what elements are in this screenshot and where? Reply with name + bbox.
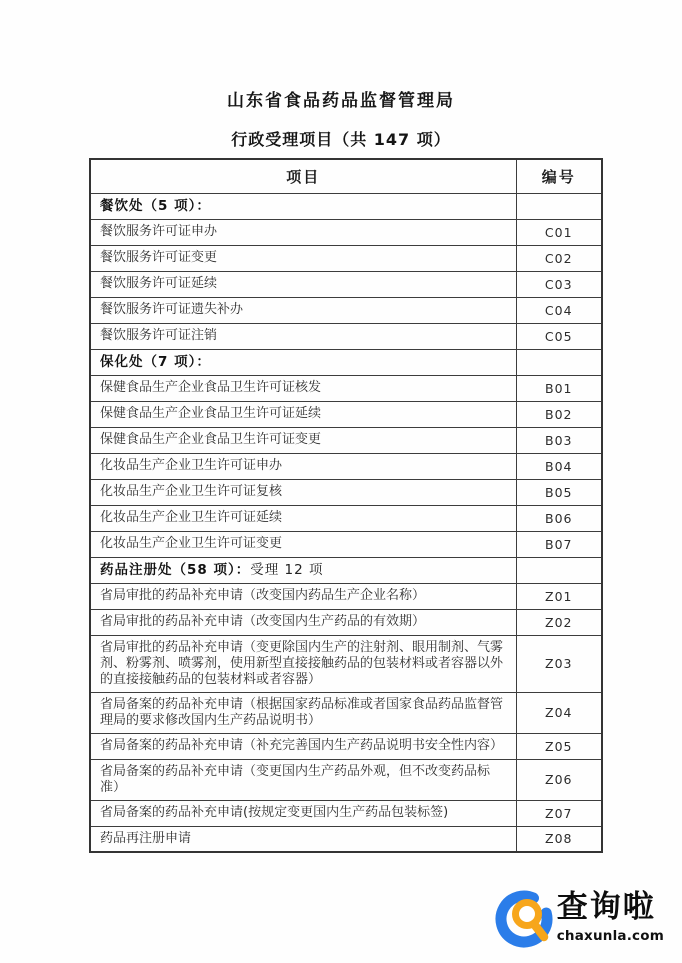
table-row: 餐饮处（5 项）： <box>90 193 602 219</box>
row-code: Z04 <box>516 692 602 733</box>
row-label: 餐饮服务许可证变更 <box>90 245 516 271</box>
row-code: C01 <box>516 219 602 245</box>
row-code: Z05 <box>516 733 602 759</box>
row-code: B04 <box>516 453 602 479</box>
row-code: Z02 <box>516 609 602 635</box>
row-label: 餐饮服务许可证延续 <box>90 271 516 297</box>
row-label: 保健食品生产企业食品卫生许可证变更 <box>90 427 516 453</box>
row-label: 省局审批的药品补充申请（改变国内生产药品的有效期） <box>90 609 516 635</box>
brand-name: 查询啦 <box>557 887 664 927</box>
section-label: 保化处（7 项）： <box>90 349 516 375</box>
row-code <box>516 557 602 583</box>
row-code: B06 <box>516 505 602 531</box>
row-label: 省局审批的药品补充申请（变更除国内生产的注射剂、眼用制剂、气雾剂、粉雾剂、喷雾剂… <box>90 635 516 692</box>
watermark-text: 查询啦 chaxunla.com <box>557 887 664 944</box>
row-label: 药品再注册申请 <box>90 826 516 852</box>
section-suffix: 受理 12 项 <box>250 562 323 578</box>
row-code <box>516 349 602 375</box>
section-label: 餐饮处（5 项）： <box>90 193 516 219</box>
table-row: 化妆品生产企业卫生许可证复核B05 <box>90 479 602 505</box>
row-label: 餐饮服务许可证申办 <box>90 219 516 245</box>
table-row: 省局备案的药品补充申请（补充完善国内生产药品说明书安全性内容）Z05 <box>90 733 602 759</box>
row-label: 餐饮服务许可证遗失补办 <box>90 297 516 323</box>
row-code <box>516 193 602 219</box>
table-row: 餐饮服务许可证注销C05 <box>90 323 602 349</box>
table-row: 省局备案的药品补充申请（根据国家药品标准或者国家食品药品监督管理局的要求修改国内… <box>90 692 602 733</box>
row-code: B01 <box>516 375 602 401</box>
row-code: B07 <box>516 531 602 557</box>
table-row: 餐饮服务许可证延续C03 <box>90 271 602 297</box>
row-code: C02 <box>516 245 602 271</box>
row-label: 省局备案的药品补充申请（根据国家药品标准或者国家食品药品监督管理局的要求修改国内… <box>90 692 516 733</box>
table-row: 保化处（7 项）： <box>90 349 602 375</box>
row-label: 餐饮服务许可证注销 <box>90 323 516 349</box>
row-label: 化妆品生产企业卫生许可证延续 <box>90 505 516 531</box>
table-row: 药品再注册申请Z08 <box>90 826 602 852</box>
row-code: B03 <box>516 427 602 453</box>
page-title: 山东省食品药品监督管理局 <box>0 86 682 111</box>
row-code: C03 <box>516 271 602 297</box>
table-row: 餐饮服务许可证申办C01 <box>90 219 602 245</box>
row-code: C05 <box>516 323 602 349</box>
table-row: 化妆品生产企业卫生许可证延续B06 <box>90 505 602 531</box>
table-row: 省局审批的药品补充申请（变更除国内生产的注射剂、眼用制剂、气雾剂、粉雾剂、喷雾剂… <box>90 635 602 692</box>
table-row: 化妆品生产企业卫生许可证变更B07 <box>90 531 602 557</box>
table-header-item: 项目 <box>90 159 516 193</box>
document-page: 山东省食品药品监督管理局 行政受理项目（共 147 项） 项目 编号 餐饮处（5… <box>0 0 682 963</box>
row-code: Z06 <box>516 759 602 800</box>
table-row: 药品注册处（58 项）：受理 12 项 <box>90 557 602 583</box>
magnifier-logo-icon <box>492 887 556 951</box>
row-label: 省局备案的药品补充申请（补充完善国内生产药品说明书安全性内容） <box>90 733 516 759</box>
table-row: 省局备案的药品补充申请（变更国内生产药品外观，但不改变药品标准）Z06 <box>90 759 602 800</box>
page-subtitle: 行政受理项目（共 147 项） <box>0 127 682 150</box>
row-label: 化妆品生产企业卫生许可证变更 <box>90 531 516 557</box>
row-label: 化妆品生产企业卫生许可证复核 <box>90 479 516 505</box>
row-label: 保健食品生产企业食品卫生许可证延续 <box>90 401 516 427</box>
row-code: Z01 <box>516 583 602 609</box>
row-code: Z07 <box>516 800 602 826</box>
table-header-code: 编号 <box>516 159 602 193</box>
table-row: 保健食品生产企业食品卫生许可证延续B02 <box>90 401 602 427</box>
row-label: 保健食品生产企业食品卫生许可证核发 <box>90 375 516 401</box>
table-row: 省局审批的药品补充申请（改变国内生产药品的有效期）Z02 <box>90 609 602 635</box>
table-row: 保健食品生产企业食品卫生许可证核发B01 <box>90 375 602 401</box>
table-row: 省局备案的药品补充申请(按规定变更国内生产药品包装标签)Z07 <box>90 800 602 826</box>
row-code: Z03 <box>516 635 602 692</box>
table-row: 餐饮服务许可证变更C02 <box>90 245 602 271</box>
row-code: Z08 <box>516 826 602 852</box>
items-table: 项目 编号 餐饮处（5 项）：餐饮服务许可证申办C01餐饮服务许可证变更C02餐… <box>89 158 603 853</box>
table-row: 化妆品生产企业卫生许可证申办B04 <box>90 453 602 479</box>
table-row: 省局审批的药品补充申请（改变国内药品生产企业名称）Z01 <box>90 583 602 609</box>
table-row: 餐饮服务许可证遗失补办C04 <box>90 297 602 323</box>
table-row: 保健食品生产企业食品卫生许可证变更B03 <box>90 427 602 453</box>
section-label: 药品注册处（58 项）：受理 12 项 <box>90 557 516 583</box>
brand-domain: chaxunla.com <box>557 928 664 944</box>
row-code: C04 <box>516 297 602 323</box>
row-code: B02 <box>516 401 602 427</box>
row-label: 省局备案的药品补充申请(按规定变更国内生产药品包装标签) <box>90 800 516 826</box>
row-label: 省局备案的药品补充申请（变更国内生产药品外观，但不改变药品标准） <box>90 759 516 800</box>
row-label: 化妆品生产企业卫生许可证申办 <box>90 453 516 479</box>
watermark: 查询啦 chaxunla.com <box>492 887 664 951</box>
row-label: 省局审批的药品补充申请（改变国内药品生产企业名称） <box>90 583 516 609</box>
row-code: B05 <box>516 479 602 505</box>
table-header-row: 项目 编号 <box>90 159 602 193</box>
